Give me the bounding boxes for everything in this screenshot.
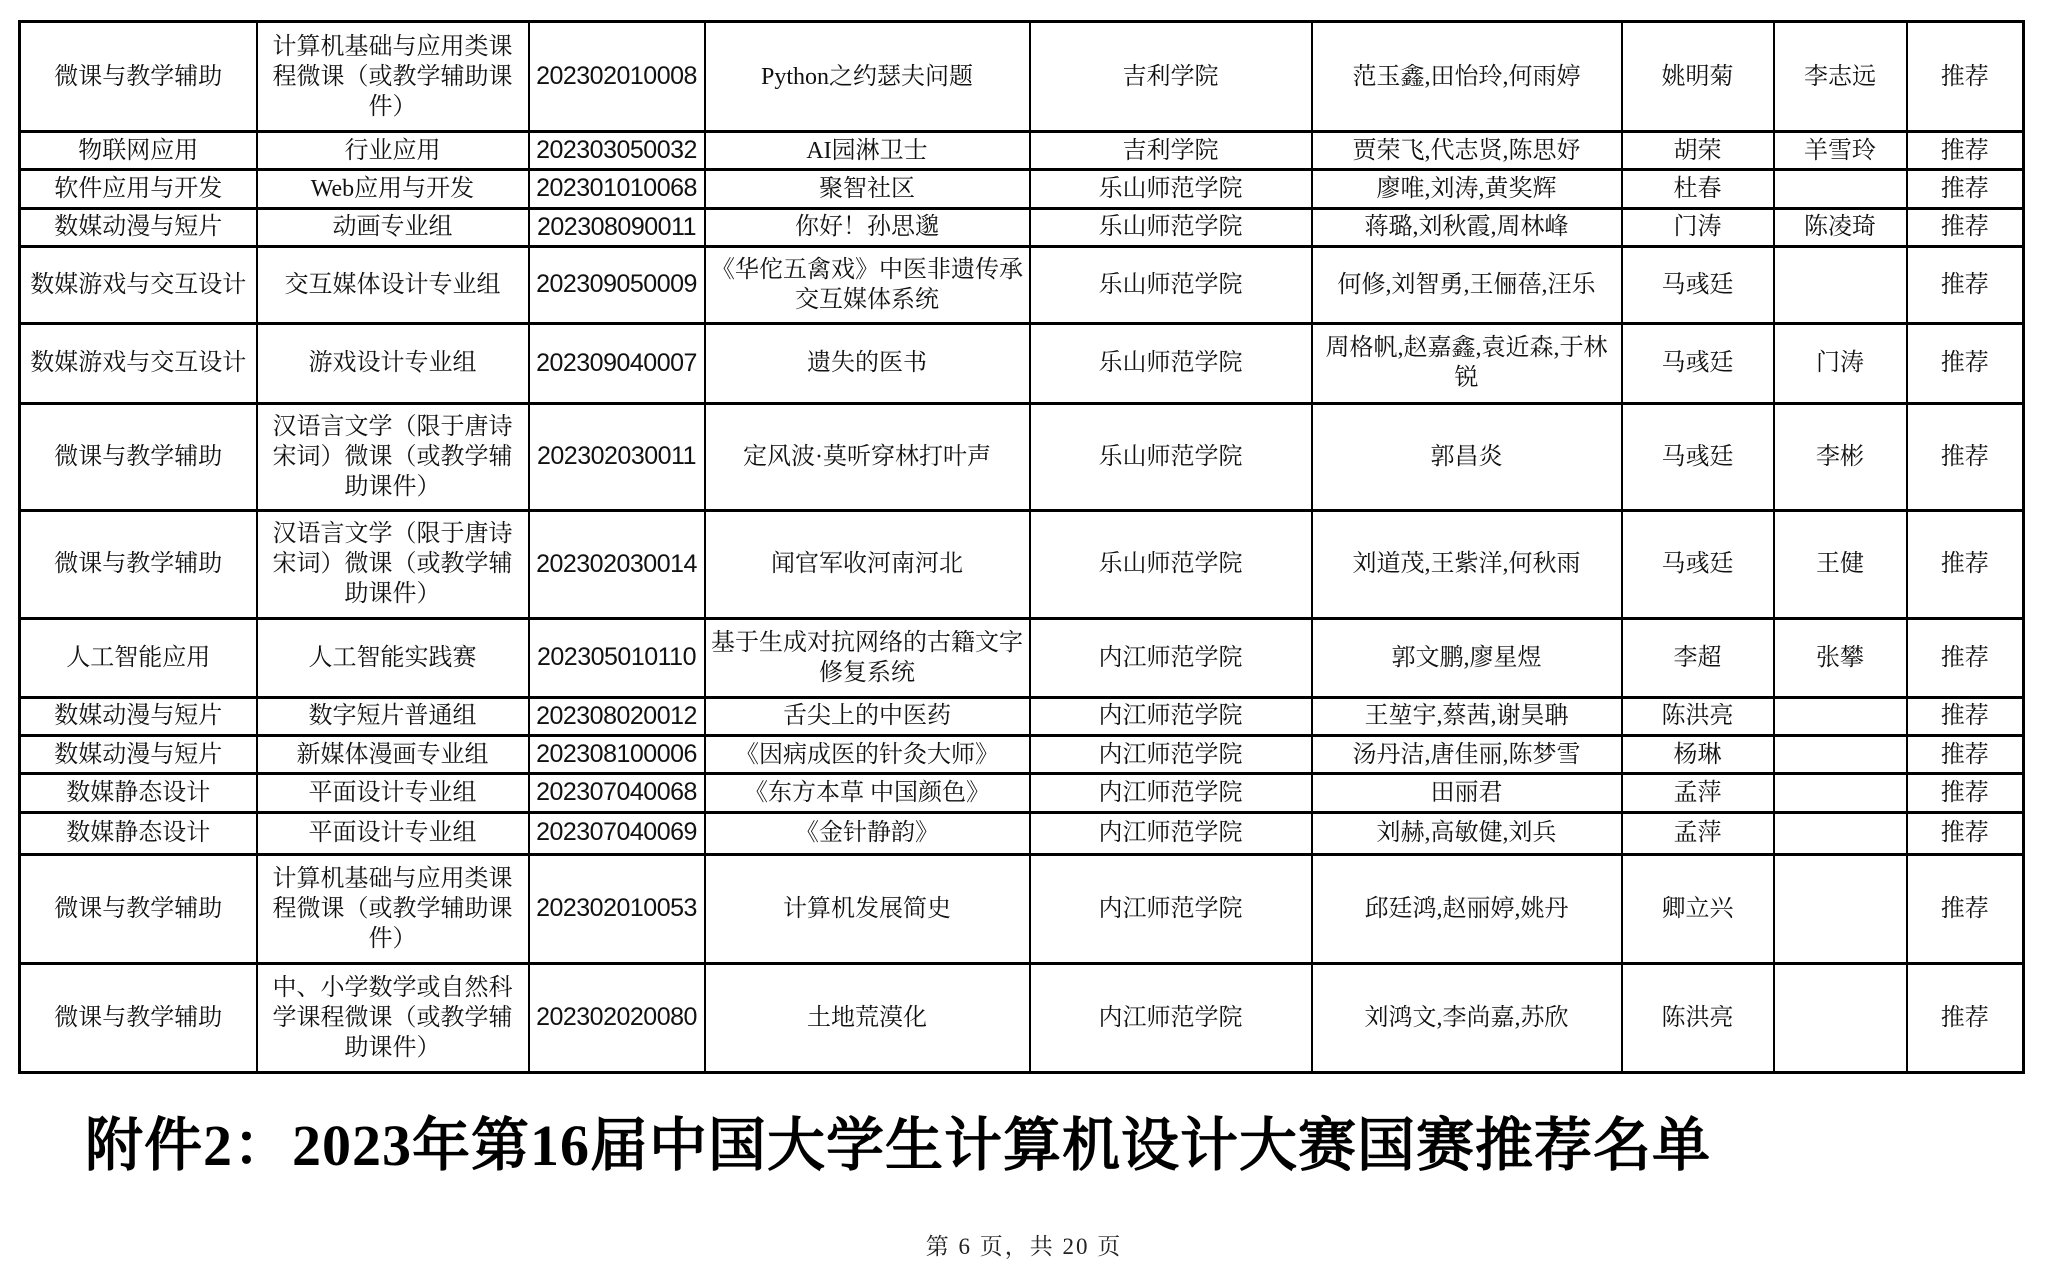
cell-id: 202308100006 — [529, 736, 705, 774]
cell-teacher1: 马彧廷 — [1622, 403, 1774, 510]
cell-id: 202308090011 — [529, 208, 705, 246]
cell-title: 土地荒漠化 — [705, 963, 1030, 1072]
cell-category: 微课与教学辅助 — [20, 854, 257, 963]
cell-teacher2 — [1774, 697, 1907, 735]
cell-teacher1: 杨琳 — [1622, 736, 1774, 774]
cell-teacher1: 陈洪亮 — [1622, 963, 1774, 1072]
cell-authors: 郭文鹏,廖星煜 — [1312, 618, 1622, 697]
table-row: 数媒静态设计平面设计专业组202307040069《金针静韵》内江师范学院刘赫,… — [20, 812, 2024, 854]
cell-title: 遗失的医书 — [705, 323, 1030, 403]
cell-result: 推荐 — [1907, 323, 2024, 403]
cell-authors: 贾荣飞,代志贤,陈思妤 — [1312, 132, 1622, 170]
cell-title: 舌尖上的中医药 — [705, 697, 1030, 735]
cell-teacher1: 门涛 — [1622, 208, 1774, 246]
cell-teacher2: 李志远 — [1774, 22, 1907, 132]
cell-title: Python之约瑟夫问题 — [705, 22, 1030, 132]
cell-authors: 何修,刘智勇,王俪蓓,汪乐 — [1312, 246, 1622, 323]
cell-school: 内江师范学院 — [1030, 618, 1312, 697]
table-row: 数媒游戏与交互设计游戏设计专业组202309040007遗失的医书乐山师范学院周… — [20, 323, 2024, 403]
cell-group: 汉语言文学（限于唐诗宋词）微课（或教学辅助课件） — [257, 510, 529, 618]
cell-school: 乐山师范学院 — [1030, 403, 1312, 510]
cell-group: 人工智能实践赛 — [257, 618, 529, 697]
cell-title: 基于生成对抗网络的古籍文字修复系统 — [705, 618, 1030, 697]
cell-teacher1: 陈洪亮 — [1622, 697, 1774, 735]
cell-id: 202303050032 — [529, 132, 705, 170]
cell-category: 数媒动漫与短片 — [20, 208, 257, 246]
cell-teacher1: 卿立兴 — [1622, 854, 1774, 963]
cell-school: 乐山师范学院 — [1030, 510, 1312, 618]
table-row: 微课与教学辅助计算机基础与应用类课程微课（或教学辅助课件）20230201000… — [20, 22, 2024, 132]
cell-school: 乐山师范学院 — [1030, 323, 1312, 403]
cell-id: 202307040068 — [529, 774, 705, 812]
cell-teacher2 — [1774, 774, 1907, 812]
cell-school: 乐山师范学院 — [1030, 246, 1312, 323]
cell-group: Web应用与开发 — [257, 170, 529, 208]
cell-group: 汉语言文学（限于唐诗宋词）微课（或教学辅助课件） — [257, 403, 529, 510]
cell-group: 计算机基础与应用类课程微课（或教学辅助课件） — [257, 22, 529, 132]
cell-result: 推荐 — [1907, 736, 2024, 774]
table-row: 数媒动漫与短片新媒体漫画专业组202308100006《因病成医的针灸大师》内江… — [20, 736, 2024, 774]
cell-teacher2: 张攀 — [1774, 618, 1907, 697]
cell-result: 推荐 — [1907, 403, 2024, 510]
document-page: 微课与教学辅助计算机基础与应用类课程微课（或教学辅助课件）20230201000… — [0, 0, 2048, 1276]
table-row: 微课与教学辅助汉语言文学（限于唐诗宋词）微课（或教学辅助课件）202302030… — [20, 403, 2024, 510]
cell-group: 计算机基础与应用类课程微课（或教学辅助课件） — [257, 854, 529, 963]
cell-authors: 郭昌炎 — [1312, 403, 1622, 510]
cell-result: 推荐 — [1907, 963, 2024, 1072]
cell-category: 数媒静态设计 — [20, 774, 257, 812]
cell-teacher2 — [1774, 812, 1907, 854]
cell-authors: 周格帆,赵嘉鑫,袁近森,于林锐 — [1312, 323, 1622, 403]
cell-category: 微课与教学辅助 — [20, 403, 257, 510]
cell-category: 微课与教学辅助 — [20, 963, 257, 1072]
cell-teacher2: 王健 — [1774, 510, 1907, 618]
cell-id: 202309040007 — [529, 323, 705, 403]
cell-authors: 刘道茂,王紫洋,何秋雨 — [1312, 510, 1622, 618]
cell-group: 中、小学数学或自然科学课程微课（或教学辅助课件） — [257, 963, 529, 1072]
cell-category: 微课与教学辅助 — [20, 22, 257, 132]
cell-group: 平面设计专业组 — [257, 812, 529, 854]
cell-id: 202302030014 — [529, 510, 705, 618]
table-row: 数媒动漫与短片数字短片普通组202308020012舌尖上的中医药内江师范学院王… — [20, 697, 2024, 735]
cell-category: 数媒游戏与交互设计 — [20, 323, 257, 403]
cell-title: 你好！孙思邈 — [705, 208, 1030, 246]
cell-result: 推荐 — [1907, 22, 2024, 132]
cell-title: 《东方本草 中国颜色》 — [705, 774, 1030, 812]
cell-id: 202309050009 — [529, 246, 705, 323]
table-row: 微课与教学辅助中、小学数学或自然科学课程微课（或教学辅助课件）202302020… — [20, 963, 2024, 1072]
cell-teacher2 — [1774, 246, 1907, 323]
cell-result: 推荐 — [1907, 854, 2024, 963]
cell-group: 平面设计专业组 — [257, 774, 529, 812]
cell-category: 人工智能应用 — [20, 618, 257, 697]
table-row: 数媒静态设计平面设计专业组202307040068《东方本草 中国颜色》内江师范… — [20, 774, 2024, 812]
cell-category: 数媒游戏与交互设计 — [20, 246, 257, 323]
table-row: 数媒游戏与交互设计交互媒体设计专业组202309050009《华佗五禽戏》中医非… — [20, 246, 2024, 323]
cell-id: 202305010110 — [529, 618, 705, 697]
cell-result: 推荐 — [1907, 812, 2024, 854]
cell-id: 202301010068 — [529, 170, 705, 208]
cell-school: 内江师范学院 — [1030, 854, 1312, 963]
cell-title: 闻官军收河南河北 — [705, 510, 1030, 618]
attachment-title: 附件2：2023年第16届中国大学生计算机设计大赛国赛推荐名单 — [85, 1098, 1985, 1182]
cell-teacher1: 马彧廷 — [1622, 246, 1774, 323]
cell-authors: 邱廷鸿,赵丽婷,姚丹 — [1312, 854, 1622, 963]
cell-teacher2 — [1774, 963, 1907, 1072]
cell-category: 数媒动漫与短片 — [20, 697, 257, 735]
cell-category: 微课与教学辅助 — [20, 510, 257, 618]
cell-group: 动画专业组 — [257, 208, 529, 246]
cell-school: 内江师范学院 — [1030, 697, 1312, 735]
cell-result: 推荐 — [1907, 208, 2024, 246]
cell-teacher1: 孟萍 — [1622, 812, 1774, 854]
cell-result: 推荐 — [1907, 697, 2024, 735]
cell-teacher2: 陈凌琦 — [1774, 208, 1907, 246]
cell-id: 202307040069 — [529, 812, 705, 854]
page-number: 第 6 页，共 20 页 — [0, 1228, 2048, 1261]
cell-title: 《因病成医的针灸大师》 — [705, 736, 1030, 774]
cell-authors: 刘赫,高敏健,刘兵 — [1312, 812, 1622, 854]
cell-school: 乐山师范学院 — [1030, 208, 1312, 246]
cell-category: 数媒动漫与短片 — [20, 736, 257, 774]
cell-teacher1: 马彧廷 — [1622, 323, 1774, 403]
cell-teacher1: 姚明菊 — [1622, 22, 1774, 132]
cell-teacher2: 门涛 — [1774, 323, 1907, 403]
cell-teacher1: 李超 — [1622, 618, 1774, 697]
table-row: 人工智能应用人工智能实践赛202305010110基于生成对抗网络的古籍文字修复… — [20, 618, 2024, 697]
table-row: 物联网应用行业应用202303050032AI园淋卫士吉利学院贾荣飞,代志贤,陈… — [20, 132, 2024, 170]
cell-result: 推荐 — [1907, 132, 2024, 170]
cell-result: 推荐 — [1907, 618, 2024, 697]
cell-teacher2 — [1774, 854, 1907, 963]
cell-title: 《华佗五禽戏》中医非遗传承交互媒体系统 — [705, 246, 1030, 323]
cell-title: 定风波·莫听穿林打叶声 — [705, 403, 1030, 510]
cell-category: 数媒静态设计 — [20, 812, 257, 854]
cell-title: AI园淋卫士 — [705, 132, 1030, 170]
cell-id: 202302020080 — [529, 963, 705, 1072]
cell-school: 吉利学院 — [1030, 22, 1312, 132]
table-row: 微课与教学辅助计算机基础与应用类课程微课（或教学辅助课件）20230201005… — [20, 854, 2024, 963]
cell-result: 推荐 — [1907, 170, 2024, 208]
recommendation-table: 微课与教学辅助计算机基础与应用类课程微课（或教学辅助课件）20230201000… — [18, 20, 2025, 1074]
cell-school: 内江师范学院 — [1030, 812, 1312, 854]
cell-id: 202308020012 — [529, 697, 705, 735]
table-row: 数媒动漫与短片动画专业组202308090011你好！孙思邈乐山师范学院蒋璐,刘… — [20, 208, 2024, 246]
cell-authors: 蒋璐,刘秋霞,周林峰 — [1312, 208, 1622, 246]
cell-teacher1: 孟萍 — [1622, 774, 1774, 812]
cell-teacher1: 杜春 — [1622, 170, 1774, 208]
cell-school: 内江师范学院 — [1030, 736, 1312, 774]
cell-category: 软件应用与开发 — [20, 170, 257, 208]
cell-category: 物联网应用 — [20, 132, 257, 170]
table-row: 微课与教学辅助汉语言文学（限于唐诗宋词）微课（或教学辅助课件）202302030… — [20, 510, 2024, 618]
cell-result: 推荐 — [1907, 246, 2024, 323]
cell-title: 《金针静韵》 — [705, 812, 1030, 854]
cell-school: 内江师范学院 — [1030, 963, 1312, 1072]
cell-id: 202302030011 — [529, 403, 705, 510]
cell-group: 游戏设计专业组 — [257, 323, 529, 403]
cell-group: 交互媒体设计专业组 — [257, 246, 529, 323]
cell-group: 新媒体漫画专业组 — [257, 736, 529, 774]
cell-title: 聚智社区 — [705, 170, 1030, 208]
cell-result: 推荐 — [1907, 510, 2024, 618]
cell-teacher1: 胡荣 — [1622, 132, 1774, 170]
cell-teacher1: 马彧廷 — [1622, 510, 1774, 618]
table-body: 微课与教学辅助计算机基础与应用类课程微课（或教学辅助课件）20230201000… — [20, 22, 2024, 1073]
table-row: 软件应用与开发Web应用与开发202301010068聚智社区乐山师范学院廖唯,… — [20, 170, 2024, 208]
cell-id: 202302010053 — [529, 854, 705, 963]
cell-authors: 汤丹洁,唐佳丽,陈梦雪 — [1312, 736, 1622, 774]
cell-group: 行业应用 — [257, 132, 529, 170]
cell-id: 202302010008 — [529, 22, 705, 132]
cell-school: 内江师范学院 — [1030, 774, 1312, 812]
cell-teacher2: 李彬 — [1774, 403, 1907, 510]
cell-teacher2: 羊雪玲 — [1774, 132, 1907, 170]
cell-teacher2 — [1774, 170, 1907, 208]
cell-teacher2 — [1774, 736, 1907, 774]
cell-school: 吉利学院 — [1030, 132, 1312, 170]
cell-group: 数字短片普通组 — [257, 697, 529, 735]
cell-school: 乐山师范学院 — [1030, 170, 1312, 208]
cell-result: 推荐 — [1907, 774, 2024, 812]
cell-authors: 范玉鑫,田怡玲,何雨婷 — [1312, 22, 1622, 132]
cell-authors: 刘鸿文,李尚嘉,苏欣 — [1312, 963, 1622, 1072]
cell-title: 计算机发展简史 — [705, 854, 1030, 963]
cell-authors: 王堃宇,蔡茜,谢昊聃 — [1312, 697, 1622, 735]
cell-authors: 田丽君 — [1312, 774, 1622, 812]
cell-authors: 廖唯,刘涛,黄奖辉 — [1312, 170, 1622, 208]
